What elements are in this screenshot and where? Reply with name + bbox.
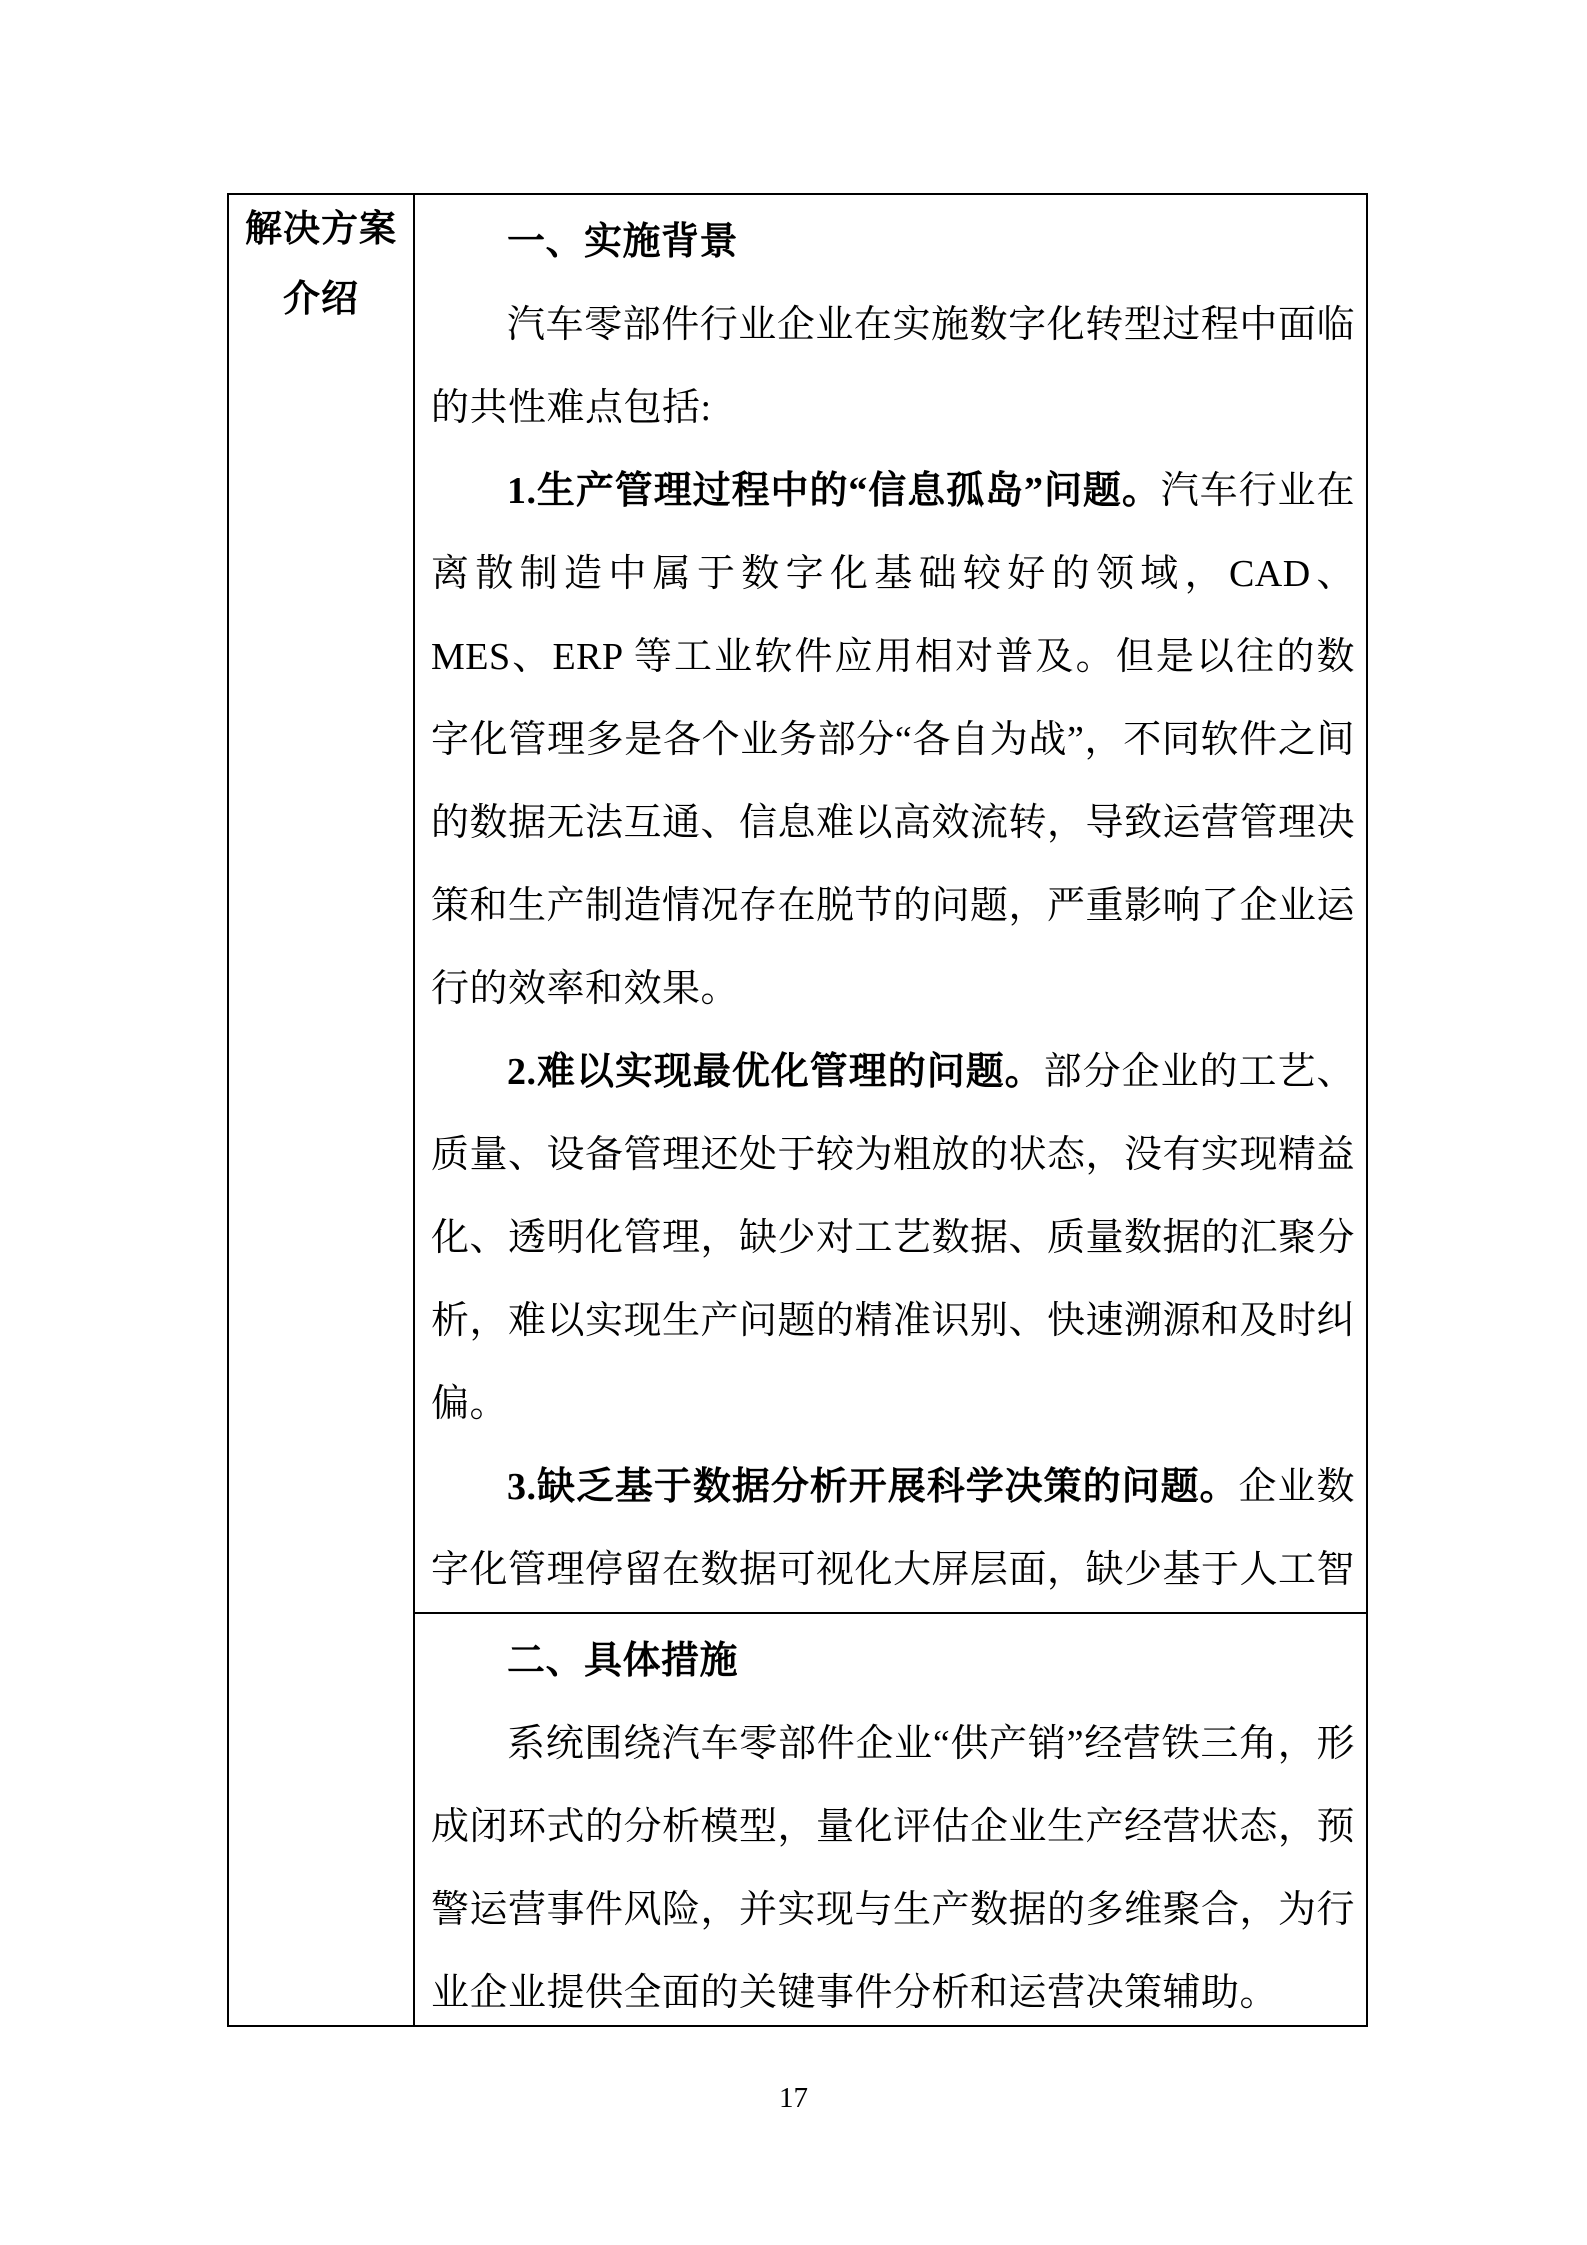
- measures-section-cell: 二、具体措施 系统围绕汽车零部件企业“供产销”经营铁三角，形成闭环式的分析模型，…: [414, 1613, 1367, 2026]
- solution-table: 解决方案 介绍 一、实施背景 汽车零部件行业企业在实施数字化转型过程中面临的共性…: [227, 193, 1368, 2027]
- section-body: 汽车零部件行业企业在实施数字化转型过程中面临的共性难点包括:1.生产管理过程中的…: [431, 284, 1355, 1612]
- row-header-cell: 解决方案 介绍: [228, 194, 414, 2026]
- section-body: 系统围绕汽车零部件企业“供产销”经营铁三角，形成闭环式的分析模型，量化评估企业生…: [431, 1703, 1355, 2025]
- section-heading: 一、实施背景: [431, 201, 1355, 284]
- background-section: 一、实施背景 汽车零部件行业企业在实施数字化转型过程中面临的共性难点包括:1.生…: [415, 195, 1366, 1612]
- paragraph: 汽车零部件行业企业在实施数字化转型过程中面临的共性难点包括:: [431, 284, 1355, 450]
- document-page: { "page_number": "17", "table": { "row_h…: [0, 0, 1587, 2245]
- paragraph: 1.生产管理过程中的“信息孤岛”问题。汽车行业在离散制造中属于数字化基础较好的领…: [431, 450, 1355, 1031]
- measures-section: 二、具体措施 系统围绕汽车零部件企业“供产销”经营铁三角，形成闭环式的分析模型，…: [415, 1614, 1366, 2025]
- row-header-line-2: 介绍: [229, 265, 413, 335]
- background-section-cell: 一、实施背景 汽车零部件行业企业在实施数字化转型过程中面临的共性难点包括:1.生…: [414, 194, 1367, 1613]
- paragraph: 系统围绕汽车零部件企业“供产销”经营铁三角，形成闭环式的分析模型，量化评估企业生…: [431, 1703, 1355, 2025]
- page-number: 17: [0, 2078, 1587, 2118]
- paragraph: 3.缺乏基于数据分析开展科学决策的问题。企业数字化管理停留在数据可视化大屏层面，…: [431, 1446, 1355, 1612]
- section-heading: 二、具体措施: [431, 1620, 1355, 1703]
- row-header-line-1: 解决方案: [229, 195, 413, 265]
- paragraph: 2.难以实现最优化管理的问题。部分企业的工艺、质量、设备管理还处于较为粗放的状态…: [431, 1031, 1355, 1446]
- table-row: 解决方案 介绍 一、实施背景 汽车零部件行业企业在实施数字化转型过程中面临的共性…: [228, 194, 1367, 1613]
